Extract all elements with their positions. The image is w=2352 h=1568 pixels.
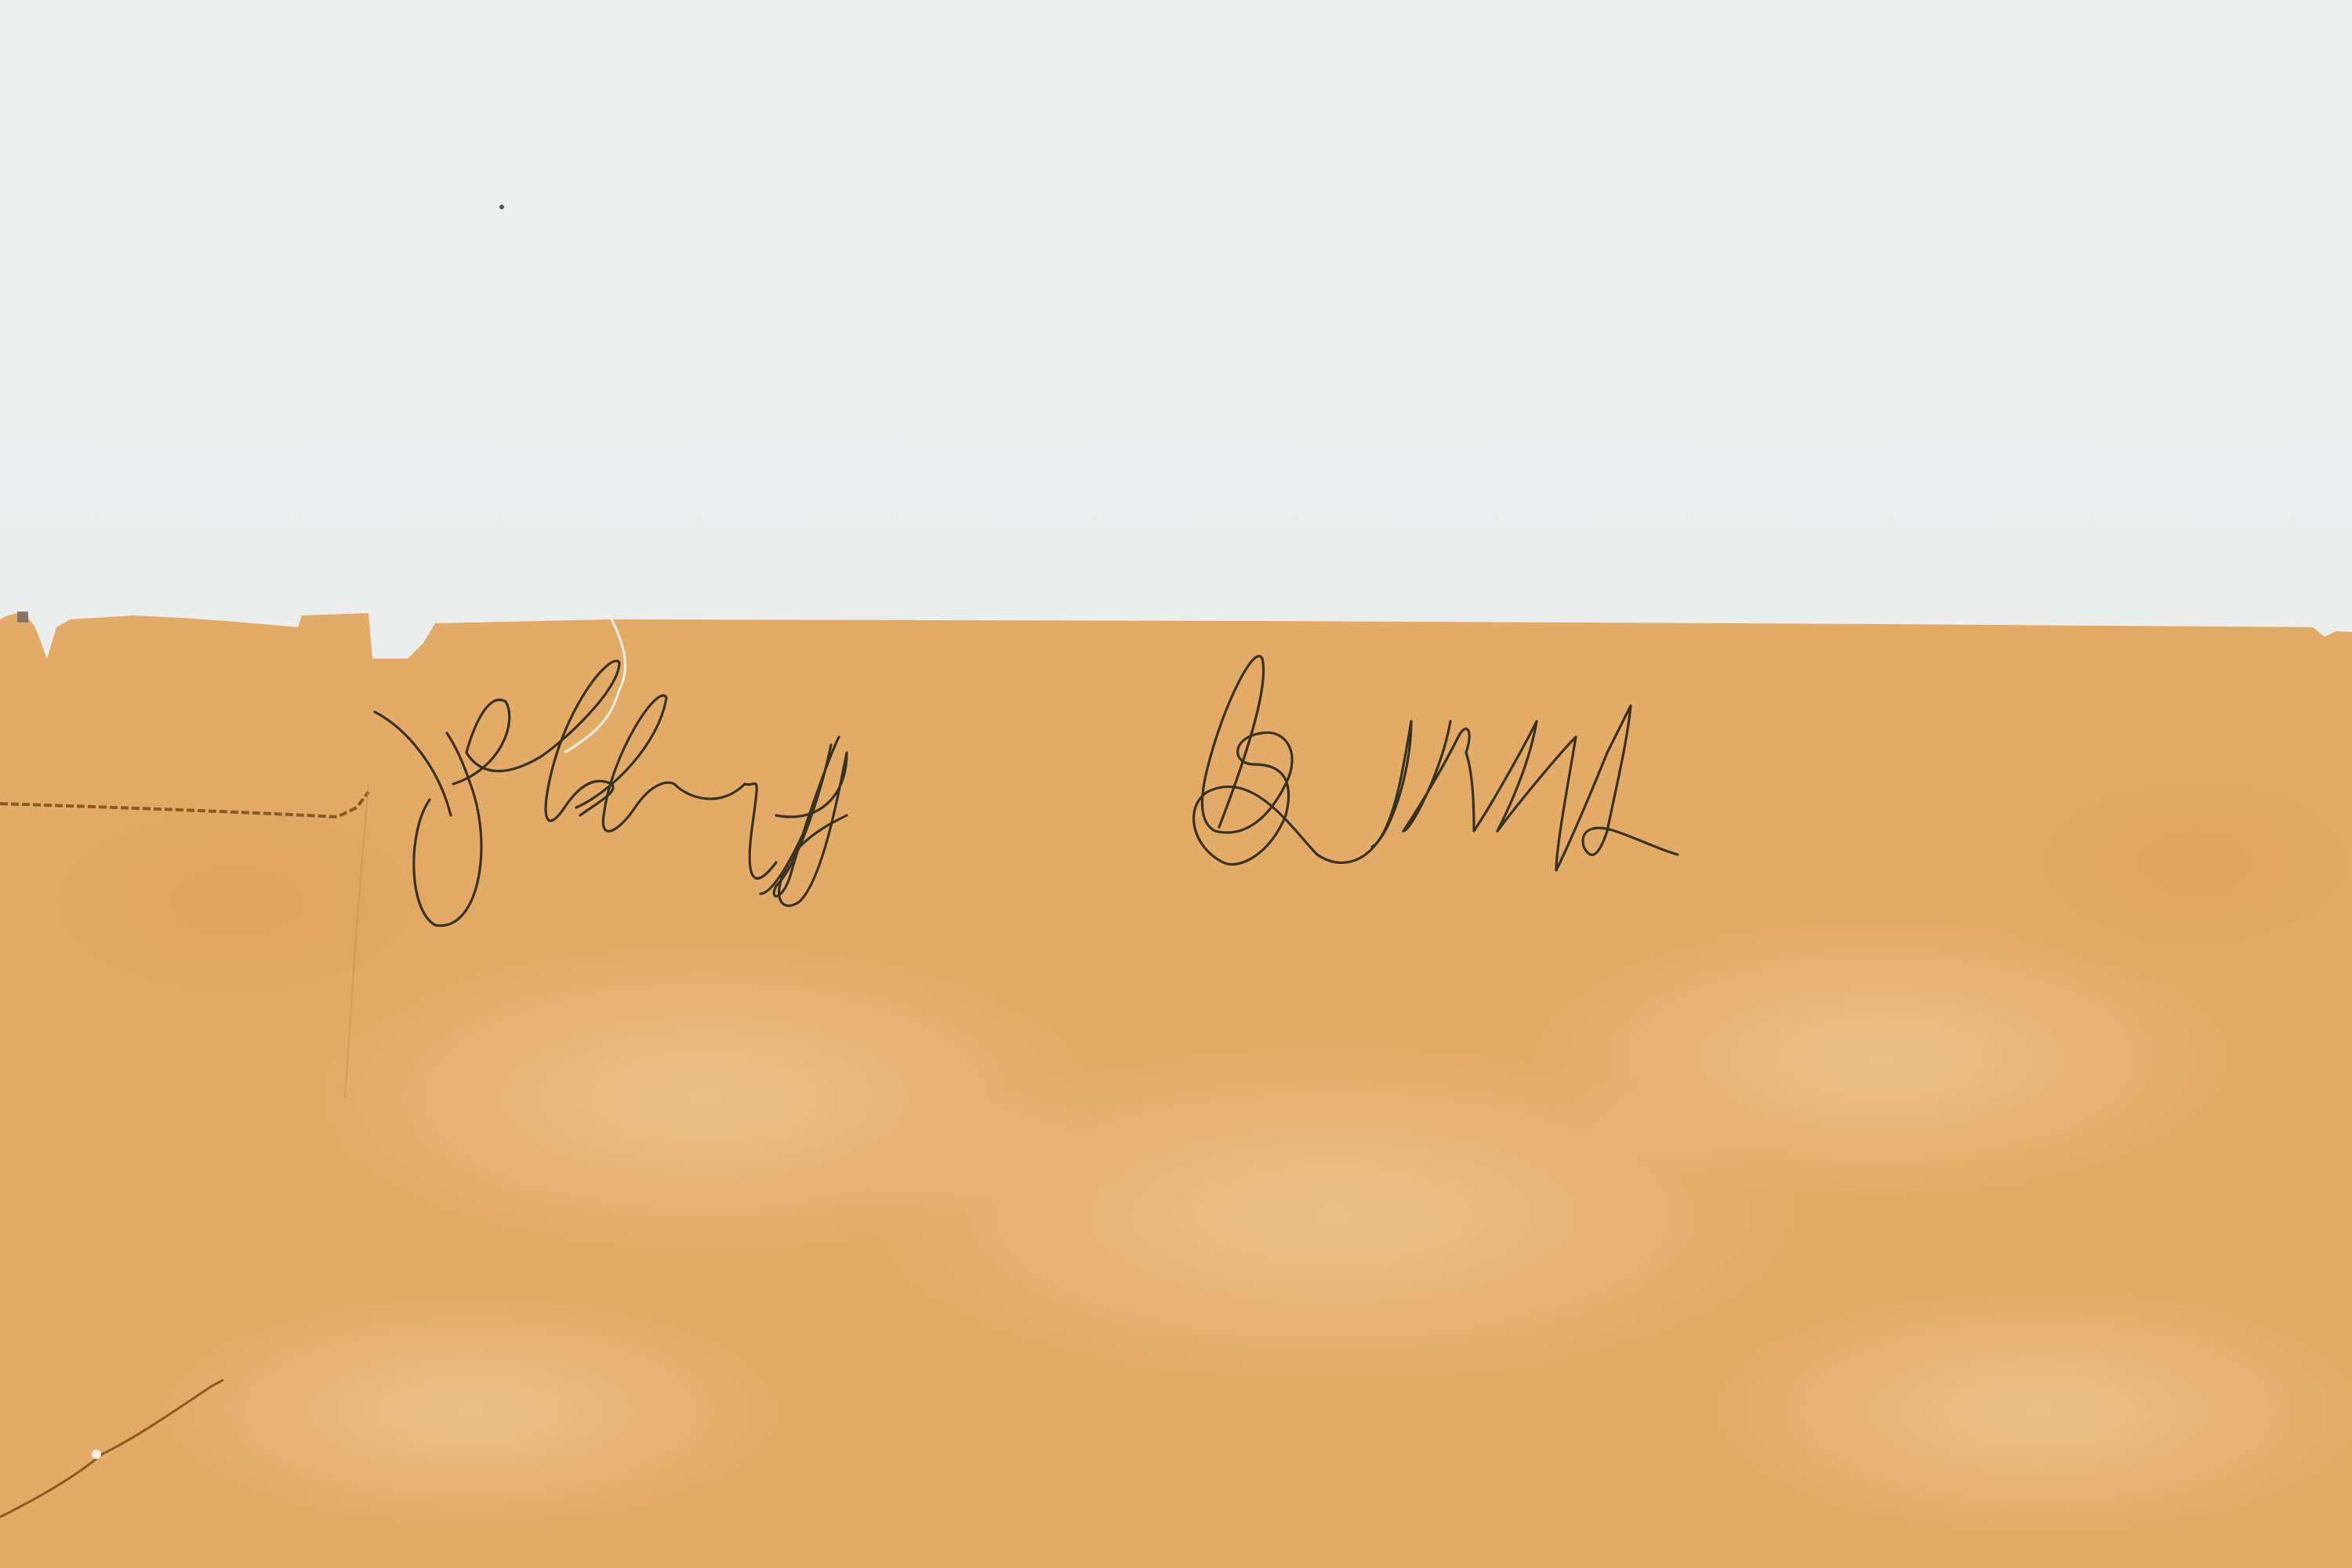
aged-paper-sheet	[0, 0, 2352, 1568]
